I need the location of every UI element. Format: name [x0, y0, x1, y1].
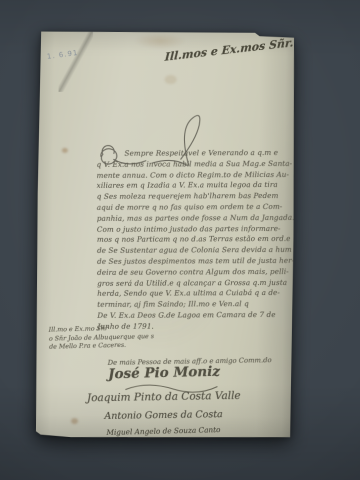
manuscript-line: panhia, mas as partes onde fosse a Num d…	[97, 213, 295, 225]
manuscript-line: aqui de morre q no fas quiso em ordem te…	[97, 202, 295, 214]
letter-body: Sempre Respeitavel e Venerando a q.m e q…	[96, 148, 295, 333]
addressee-block: Ill.mo e Ex.mo Sñr o Sñr João de Albuque…	[49, 324, 155, 352]
signature-jose-pio-moniz: José Pio Moniz	[35, 362, 292, 384]
signature-joaquim-pinto-da-costa-valle: Joaquim Pinto da Costa Valle	[35, 389, 292, 405]
signature-miguel-angelo: Miguel Angelo de Souza Canto	[35, 423, 320, 439]
stain-mark	[62, 148, 68, 153]
salutation: Ill.mos e Ex.mos Sñr.	[144, 36, 294, 66]
manuscript-sheet: 1. 6.91 Ill.mos e Ex.mos Sñr. Sempre Res…	[35, 30, 296, 442]
manuscript-line: Sempre Respeitavel e Venerando a q.m e	[96, 148, 294, 160]
paper-surface: 1. 6.91 Ill.mos e Ex.mos Sñr. Sempre Res…	[35, 30, 296, 442]
stain-mark	[165, 75, 177, 84]
archival-pencil-note: 1. 6.91	[47, 49, 79, 61]
manuscript-line: de Ses justos despimentos mas tem util d…	[97, 256, 295, 268]
manuscript-line: herda, Sendo que V. Ex.a ultima a Cuiabá…	[97, 288, 295, 300]
addressee-line: de Mello P.ra e Caceres.	[49, 341, 154, 352]
manuscript-line: deira de seu Governo contra Algum dos ma…	[97, 267, 295, 279]
signature-antonio-gomes-da-costa: Antonio Gomes da Costa	[35, 408, 292, 423]
photograph-of-manuscript: { "scene": { "background_color": "#3b434…	[0, 0, 360, 480]
stain-mark	[134, 33, 186, 50]
manuscript-line: q V. Ex.a nos invoca habil media a Sua M…	[97, 159, 295, 171]
paper-crease	[58, 30, 93, 92]
manuscript-dateline: De V. Ex.a Deos G.de Lagoa em Camara de …	[97, 310, 295, 322]
